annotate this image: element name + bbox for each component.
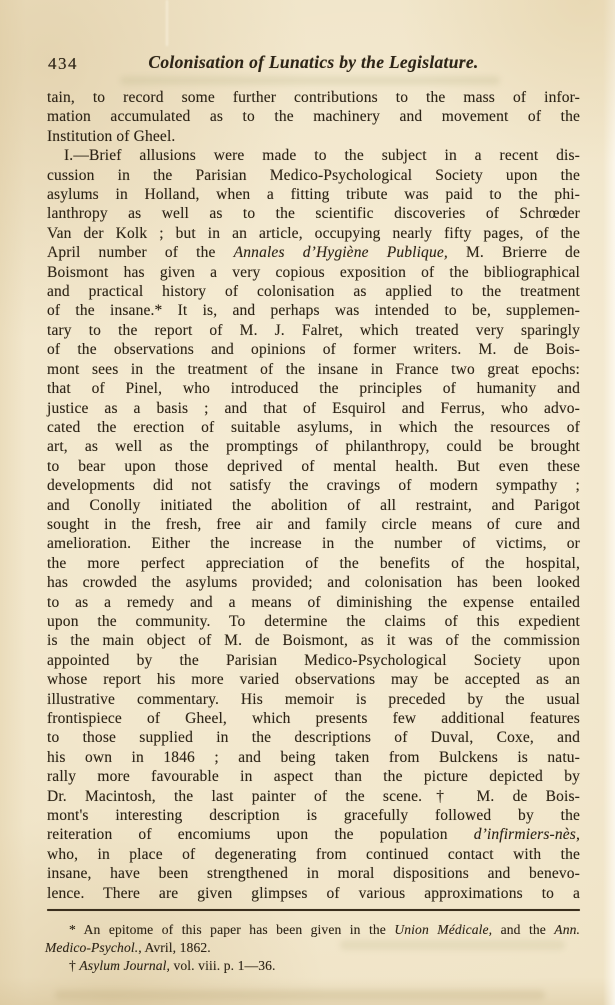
text-line: of the observations and opinions of form… [47, 340, 580, 359]
italic-journal-title: Asylum Journal, [79, 958, 170, 973]
text-block: 434 Colonisation of Lunatics by the Legi… [47, 0, 580, 976]
text-line: lanthropy as well as to the scientific d… [47, 204, 580, 223]
text-line: amelioration. Either the increase in the… [47, 534, 580, 553]
text-segment: M. Brierre de [448, 244, 580, 261]
scanned-book-page: 434 Colonisation of Lunatics by the Legi… [0, 0, 615, 1005]
footnote-asterisk-continued: Medico-Psychol., Avril, 1862. [45, 939, 580, 957]
italic-french-phrase: d’infirmiers-nès, [474, 826, 580, 843]
text-line: appointed by the Parisian Medico-Psychol… [47, 651, 580, 670]
footnotes: * An epitome of this paper has been give… [47, 921, 580, 976]
text-segment: * An epitome of this paper has been give… [69, 922, 394, 937]
italic-journal-title: Ann. [554, 922, 580, 937]
text-line: cated the erection of suitable asylums, … [47, 418, 580, 437]
text-line: to as a remedy and a means of diminishin… [47, 593, 580, 612]
text-segment: April number of the [47, 244, 234, 261]
text-segment: † [69, 958, 79, 973]
text-segment: vol. viii. p. 1—36. [170, 958, 275, 973]
text-line: of the insane.* It is, and perhaps was i… [47, 301, 580, 320]
footnote-dagger: † Asylum Journal, vol. viii. p. 1—36. [47, 957, 580, 975]
text-line: mont's interesting description is gracef… [47, 806, 580, 825]
text-line: reiteration of encomiums upon the popula… [47, 825, 580, 844]
text-line: insane, have been strengthened in moral … [47, 864, 580, 883]
text-line: frontispiece of Gheel, which presents fe… [47, 709, 580, 728]
text-line: whose report his more varied observation… [47, 670, 580, 689]
text-line: art, as well as the promptings of philan… [47, 437, 580, 456]
text-line: the more perfect appreciation of the ben… [47, 554, 580, 573]
italic-journal-title: Union Médicale, [394, 922, 492, 937]
text-segment: reiteration of encomiums upon the popula… [47, 826, 474, 843]
italic-journal-title: Medico-Psychol. [45, 940, 138, 955]
text-line: mation accumulated as to the machinery a… [47, 107, 580, 126]
text-line: rally more favourable in aspect than the… [47, 767, 580, 786]
text-line: Van der Kolk ; but in an article, occupy… [47, 224, 580, 243]
page-number: 434 [48, 54, 78, 74]
text-line: lence. There are given glimpses of vario… [47, 884, 580, 903]
text-line: and practical history of colonisation as… [47, 282, 580, 301]
text-segment: , Avril, 1862. [138, 940, 211, 955]
showthrough-mark [55, 990, 545, 1000]
text-line: Institution of Gheel. [47, 127, 580, 146]
text-line: to bear upon those deprived of mental he… [47, 457, 580, 476]
text-line: who, in place of degenerating from conti… [47, 845, 580, 864]
text-line: has crowded the asylums provided; and co… [47, 573, 580, 592]
text-line: tary to the report of M. J. Falret, whic… [47, 321, 580, 340]
text-line: to those supplied in the descriptions of… [47, 728, 580, 747]
footnote-asterisk: * An epitome of this paper has been give… [47, 921, 580, 939]
text-line: I.—Brief allusions were made to the subj… [47, 146, 580, 165]
text-line: April number of the Annales d’Hygiène Pu… [47, 243, 580, 262]
body-text: tain, to record some further contributio… [47, 88, 580, 903]
text-line: tain, to record some further contributio… [47, 88, 580, 107]
text-line: illustrative commentary. His memoir is p… [47, 690, 580, 709]
text-line: sought in the fresh, free air and family… [47, 515, 580, 534]
running-title: Colonisation of Lunatics by the Legislat… [47, 52, 580, 73]
text-line: is the main object of M. de Boismont, as… [47, 631, 580, 650]
text-line: cussion in the Parisian Medico-Psycholog… [47, 166, 580, 185]
footnote-separator-rule [47, 909, 580, 911]
text-line: developments did not satisfy the craving… [47, 476, 580, 495]
text-line: justice as a basis ; and that of Esquiro… [47, 399, 580, 418]
text-line: his own in 1846 ; and being taken from B… [47, 748, 580, 767]
running-header: 434 Colonisation of Lunatics by the Legi… [47, 52, 580, 76]
text-line: and Conolly initiated the abolition of a… [47, 496, 580, 515]
text-line: upon the community. To determine the cla… [47, 612, 580, 631]
text-line: mont sees in the treatment of the insane… [47, 360, 580, 379]
text-segment: and the [492, 922, 554, 937]
text-line: Boismont has given a very copious exposi… [47, 263, 580, 282]
text-line: asylums in Holland, when a fitting tribu… [47, 185, 580, 204]
text-line: that of Pinel, who introduced the princi… [47, 379, 580, 398]
text-line: Dr. Macintosh, the last painter of the s… [47, 787, 580, 806]
italic-journal-title: Annales d’Hygiène Publique, [234, 244, 448, 261]
